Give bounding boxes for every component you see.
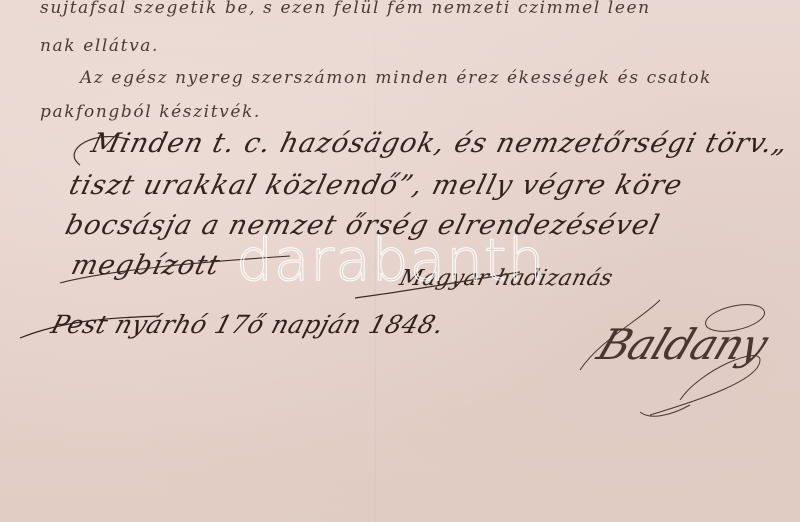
date-line: Pest nyárhó 17ő napján 1848. bbox=[48, 310, 448, 339]
document-line-4: pakfongból készitvék. bbox=[40, 102, 261, 122]
document-line-2: nak ellátva. bbox=[40, 36, 159, 56]
document-line-3: Az egész nyereg szerszámon minden érez é… bbox=[80, 68, 712, 88]
document-line-8: megbízott bbox=[68, 250, 223, 281]
watermark: darabanth bbox=[236, 226, 545, 294]
document-line-5: Minden t. c. hazósägok, és nemzetőrségi … bbox=[88, 128, 792, 159]
document-line-1: sujtafsal szegetik be, s ezen felül fém … bbox=[40, 0, 651, 18]
signature: Baldany bbox=[591, 320, 774, 369]
document-line-6: tiszt urakkal közlendő”, melly végre kör… bbox=[66, 170, 686, 201]
